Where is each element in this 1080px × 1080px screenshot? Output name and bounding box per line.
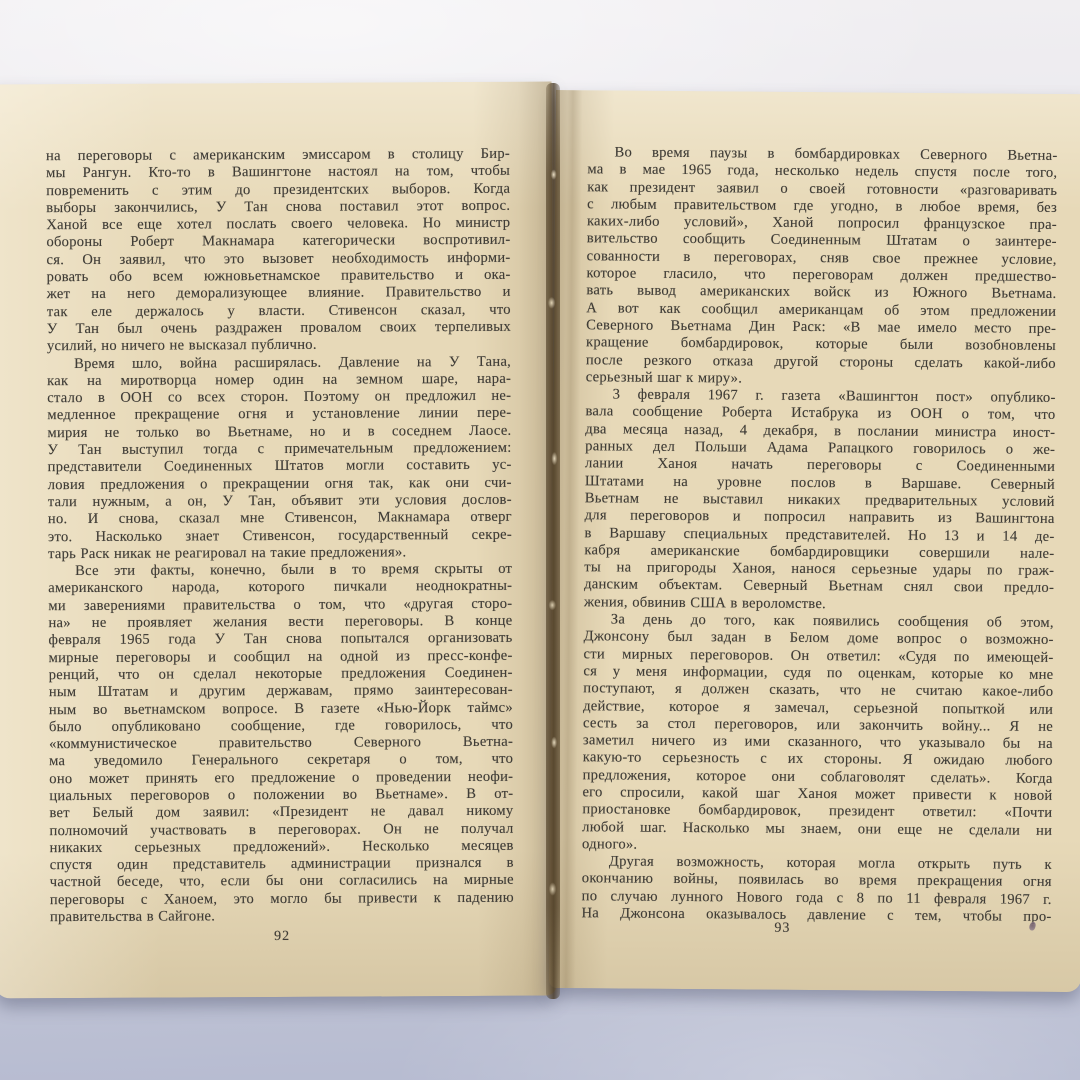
- paragraph: Другая возможность, которая могла открыт…: [581, 853, 1052, 926]
- open-book-photo: на переговоры с американским эмиссаром в…: [0, 0, 1080, 1080]
- right-page: Во время паузы в бомбардировках Северног…: [549, 90, 1080, 992]
- text-line: ным во вьетнамском вопросе. В газете «Нь…: [49, 699, 513, 719]
- right-page-number: 93: [581, 919, 983, 938]
- text-line: полномочий участвовать в переговорах. Он…: [49, 820, 513, 840]
- left-page: на переговоры с американским эмиссаром в…: [0, 82, 556, 999]
- paragraph: Время шло, война расширялась. Давление н…: [47, 353, 512, 563]
- text-line: У Тан был очень раздражен провалом своих…: [47, 319, 511, 339]
- left-page-number: 92: [50, 928, 514, 946]
- text-line: любой шаг. Насколько мы знаем, они еще н…: [582, 819, 1052, 840]
- paragraph: Все эти факты, конечно, были в то время …: [48, 561, 514, 927]
- paragraph: на переговоры с американским эмиссаром в…: [46, 146, 511, 356]
- left-page-text: на переговоры с американским эмиссаром в…: [46, 146, 514, 927]
- paragraph: Во время паузы в бомбардировках Северног…: [586, 144, 1058, 390]
- right-page-text: Во время паузы в бомбардировках Северног…: [581, 144, 1057, 926]
- ink-speck: [1028, 921, 1036, 931]
- text-line: вет Белый дом заявил: «Президент не дава…: [49, 803, 513, 823]
- text-line: мы Рангун. Кто-то в Вашингтоне настоял н…: [46, 163, 510, 183]
- text-line: но. И снова, сказал мне Стивенсон, Макна…: [48, 509, 512, 529]
- text-line: ма уведомило Генерального секретаря о то…: [49, 751, 513, 771]
- text-line: ным Штатам и другим державам, прямо заин…: [49, 682, 513, 702]
- paragraph: За день до того, как появились сообщения…: [582, 611, 1054, 857]
- text-line: переговоры с Ханоем, это могло бы привес…: [50, 890, 514, 910]
- paragraph: 3 февраля 1967 г. газета «Вашингтон пост…: [584, 386, 1056, 615]
- text-line: американского народа, которого пичкали н…: [48, 578, 512, 598]
- text-line: Время шло, война расширялась. Давление н…: [47, 353, 511, 373]
- text-line: правительства в Сайгоне.: [50, 907, 514, 927]
- text-line: представители Соединенных Штатов могли с…: [48, 457, 512, 477]
- text-line: обороны Роберт Макнамара категорически в…: [46, 232, 510, 252]
- text-line: жет на него деморализующее влияние. Прав…: [47, 284, 511, 304]
- book-gutter-seam: [546, 83, 560, 999]
- text-line: частной беседе, что, если бы они согласи…: [50, 872, 514, 892]
- text-line: это. Насколько знает Стивенсон, государс…: [48, 526, 512, 546]
- text-line: медленное прекращение огня и установлени…: [47, 405, 511, 425]
- text-line: февраля 1965 года У Тан снова попытался …: [48, 630, 512, 650]
